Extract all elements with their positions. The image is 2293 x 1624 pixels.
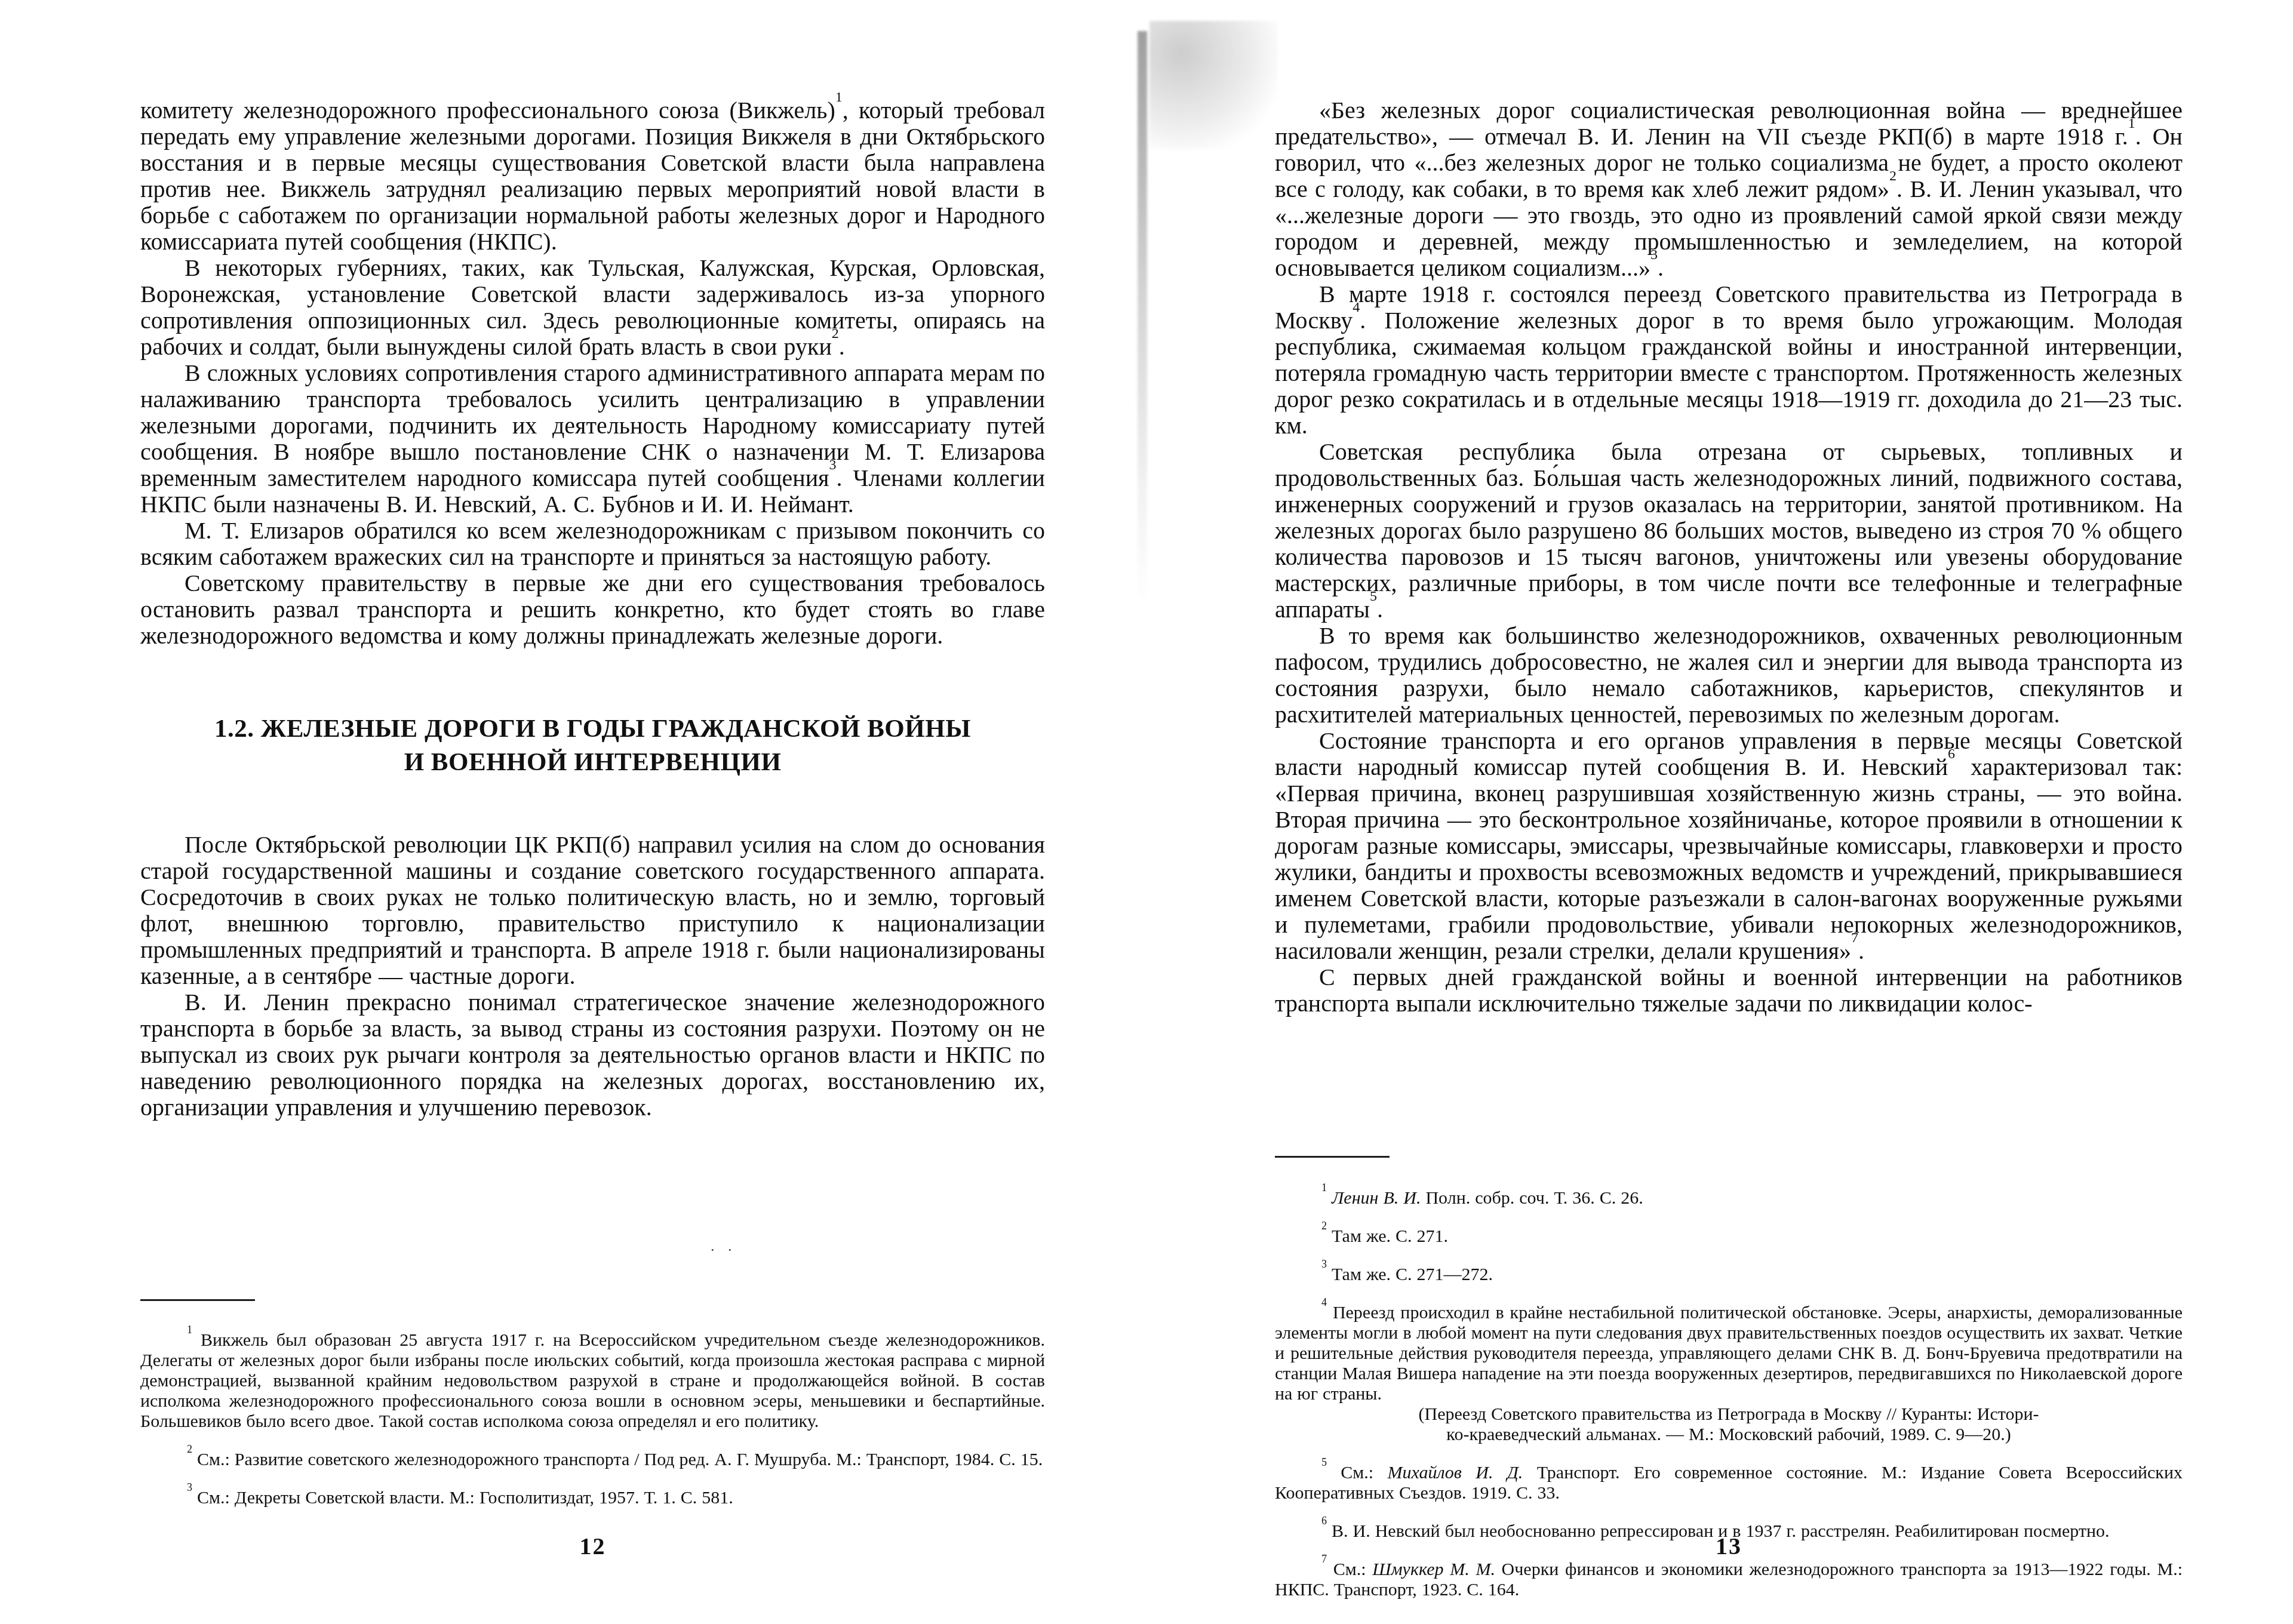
footnote-ref: 6 (1948, 746, 1955, 762)
italic-citation: Михайлов И. Д. (1388, 1463, 1523, 1482)
footnote-ref: 7 (1851, 930, 1858, 946)
paragraph: В. И. Ленин прекрасно понимал стратегиче… (140, 989, 1045, 1121)
section-heading: 1.2. ЖЕЛЕЗНЫЕ ДОРОГИ В ГОДЫ ГРАЖДАНСКОЙ … (140, 712, 1045, 779)
footnote: 1 Викжель был образован 25 августа 1917 … (140, 1330, 1045, 1432)
page-body-12: комитету железнодорожного профессиональн… (140, 0, 1045, 1121)
page-13: «Без железных дорог социалистическая рев… (1275, 0, 2183, 1624)
footnote-ref: 5 (1370, 589, 1377, 604)
footnote: 1 Ленин В. И. Полн. собр. соч. Т. 36. С.… (1275, 1188, 2183, 1208)
paragraph: комитету железнодорожного профессиональн… (140, 97, 1045, 255)
paragraph: После Октябрьской революции ЦК РКП(б) на… (140, 832, 1045, 989)
paragraph: М. Т. Елизаров обратился ко всем железно… (140, 518, 1045, 570)
italic-citation: Ленин В. И. (1332, 1188, 1421, 1208)
footnote: 4 Переезд происходил в крайне нестабильн… (1275, 1303, 2183, 1445)
section-heading-line: И ВОЕННОЙ ИНТЕРВЕНЦИИ (140, 746, 1045, 779)
gutter-shadow (1138, 31, 1147, 604)
paragraph: Советскому правительству в первые же дни… (140, 570, 1045, 649)
footnote-ref: 2 (1889, 168, 1897, 184)
footnote-ref: 1 (2128, 116, 2135, 131)
book-spread: . . комитету железнодорожного профессион… (0, 0, 2293, 1624)
footnote-ref: 2 (187, 1443, 192, 1455)
footnote-ref: 3 (1321, 1258, 1327, 1270)
paragraph: В сложных условиях сопротивления старого… (140, 360, 1045, 518)
page-number: 13 (1275, 1532, 2183, 1560)
italic-citation: Шмуккер М. М. (1372, 1560, 1495, 1579)
footnote-ref: 3 (187, 1481, 192, 1493)
scan-noise-blob (1149, 21, 1278, 149)
page-number: 12 (140, 1532, 1045, 1560)
page-12: комитету железнодорожного профессиональн… (140, 0, 1045, 1624)
paragraph: Советская республика была отрезана от сы… (1275, 439, 2183, 623)
paragraph: «Без железных дорог социалистическая рев… (1275, 97, 2183, 281)
paragraph: В то время как большинство железнодорожн… (1275, 623, 2183, 728)
footnote-ref: 1 (187, 1324, 192, 1336)
footnote: 2 Там же. С. 271. (1275, 1226, 2183, 1247)
footnote-ref: 3 (829, 457, 837, 473)
footnote-rule (140, 1299, 255, 1301)
section-heading-line: 1.2. ЖЕЛЕЗНЫЕ ДОРОГИ В ГОДЫ ГРАЖДАНСКОЙ … (140, 712, 1045, 746)
footnotes-12: 1 Викжель был образован 25 августа 1917 … (140, 1312, 1045, 1526)
footnote: 5 См.: Михайлов И. Д. Транспорт. Его сов… (1275, 1463, 2183, 1503)
footnote-ref: 1 (1321, 1182, 1327, 1194)
footnote-source-line: ко-краеведческий альманах. — М.: Московс… (1275, 1425, 2183, 1445)
footnote-ref: 1 (835, 90, 843, 105)
footnote-ref: 3 (1650, 247, 1658, 263)
footnote: 3 См.: Декреты Советской власти. М.: Гос… (140, 1488, 1045, 1508)
footnote-source-line: (Переезд Советского правительства из Пет… (1275, 1404, 2183, 1425)
page-body-13: «Без железных дорог социалистическая рев… (1275, 0, 2183, 1017)
footnote: 2 См.: Развитие советского железнодорожн… (140, 1450, 1045, 1470)
footnote-ref: 6 (1321, 1515, 1327, 1527)
footnote-ref: 2 (832, 326, 839, 342)
footnote-ref: 4 (1321, 1296, 1327, 1308)
paragraph: В некоторых губерниях, таких, как Тульск… (140, 255, 1045, 360)
footnote-ref: 5 (1321, 1456, 1327, 1468)
paragraph: В марте 1918 г. состоялся переезд Советс… (1275, 281, 2183, 439)
footnote: 3 Там же. С. 271—272. (1275, 1265, 2183, 1285)
footnote: 7 См.: Шмуккер М. М. Очерки финансов и э… (1275, 1560, 2183, 1600)
footnote-ref: 2 (1321, 1220, 1327, 1232)
paragraph: С первых дней гражданской войны и военно… (1275, 964, 2183, 1017)
footnote-rule (1275, 1156, 1390, 1158)
paragraph: Состояние транспорта и его органов управ… (1275, 728, 2183, 964)
footnote-ref: 4 (1353, 300, 1360, 315)
